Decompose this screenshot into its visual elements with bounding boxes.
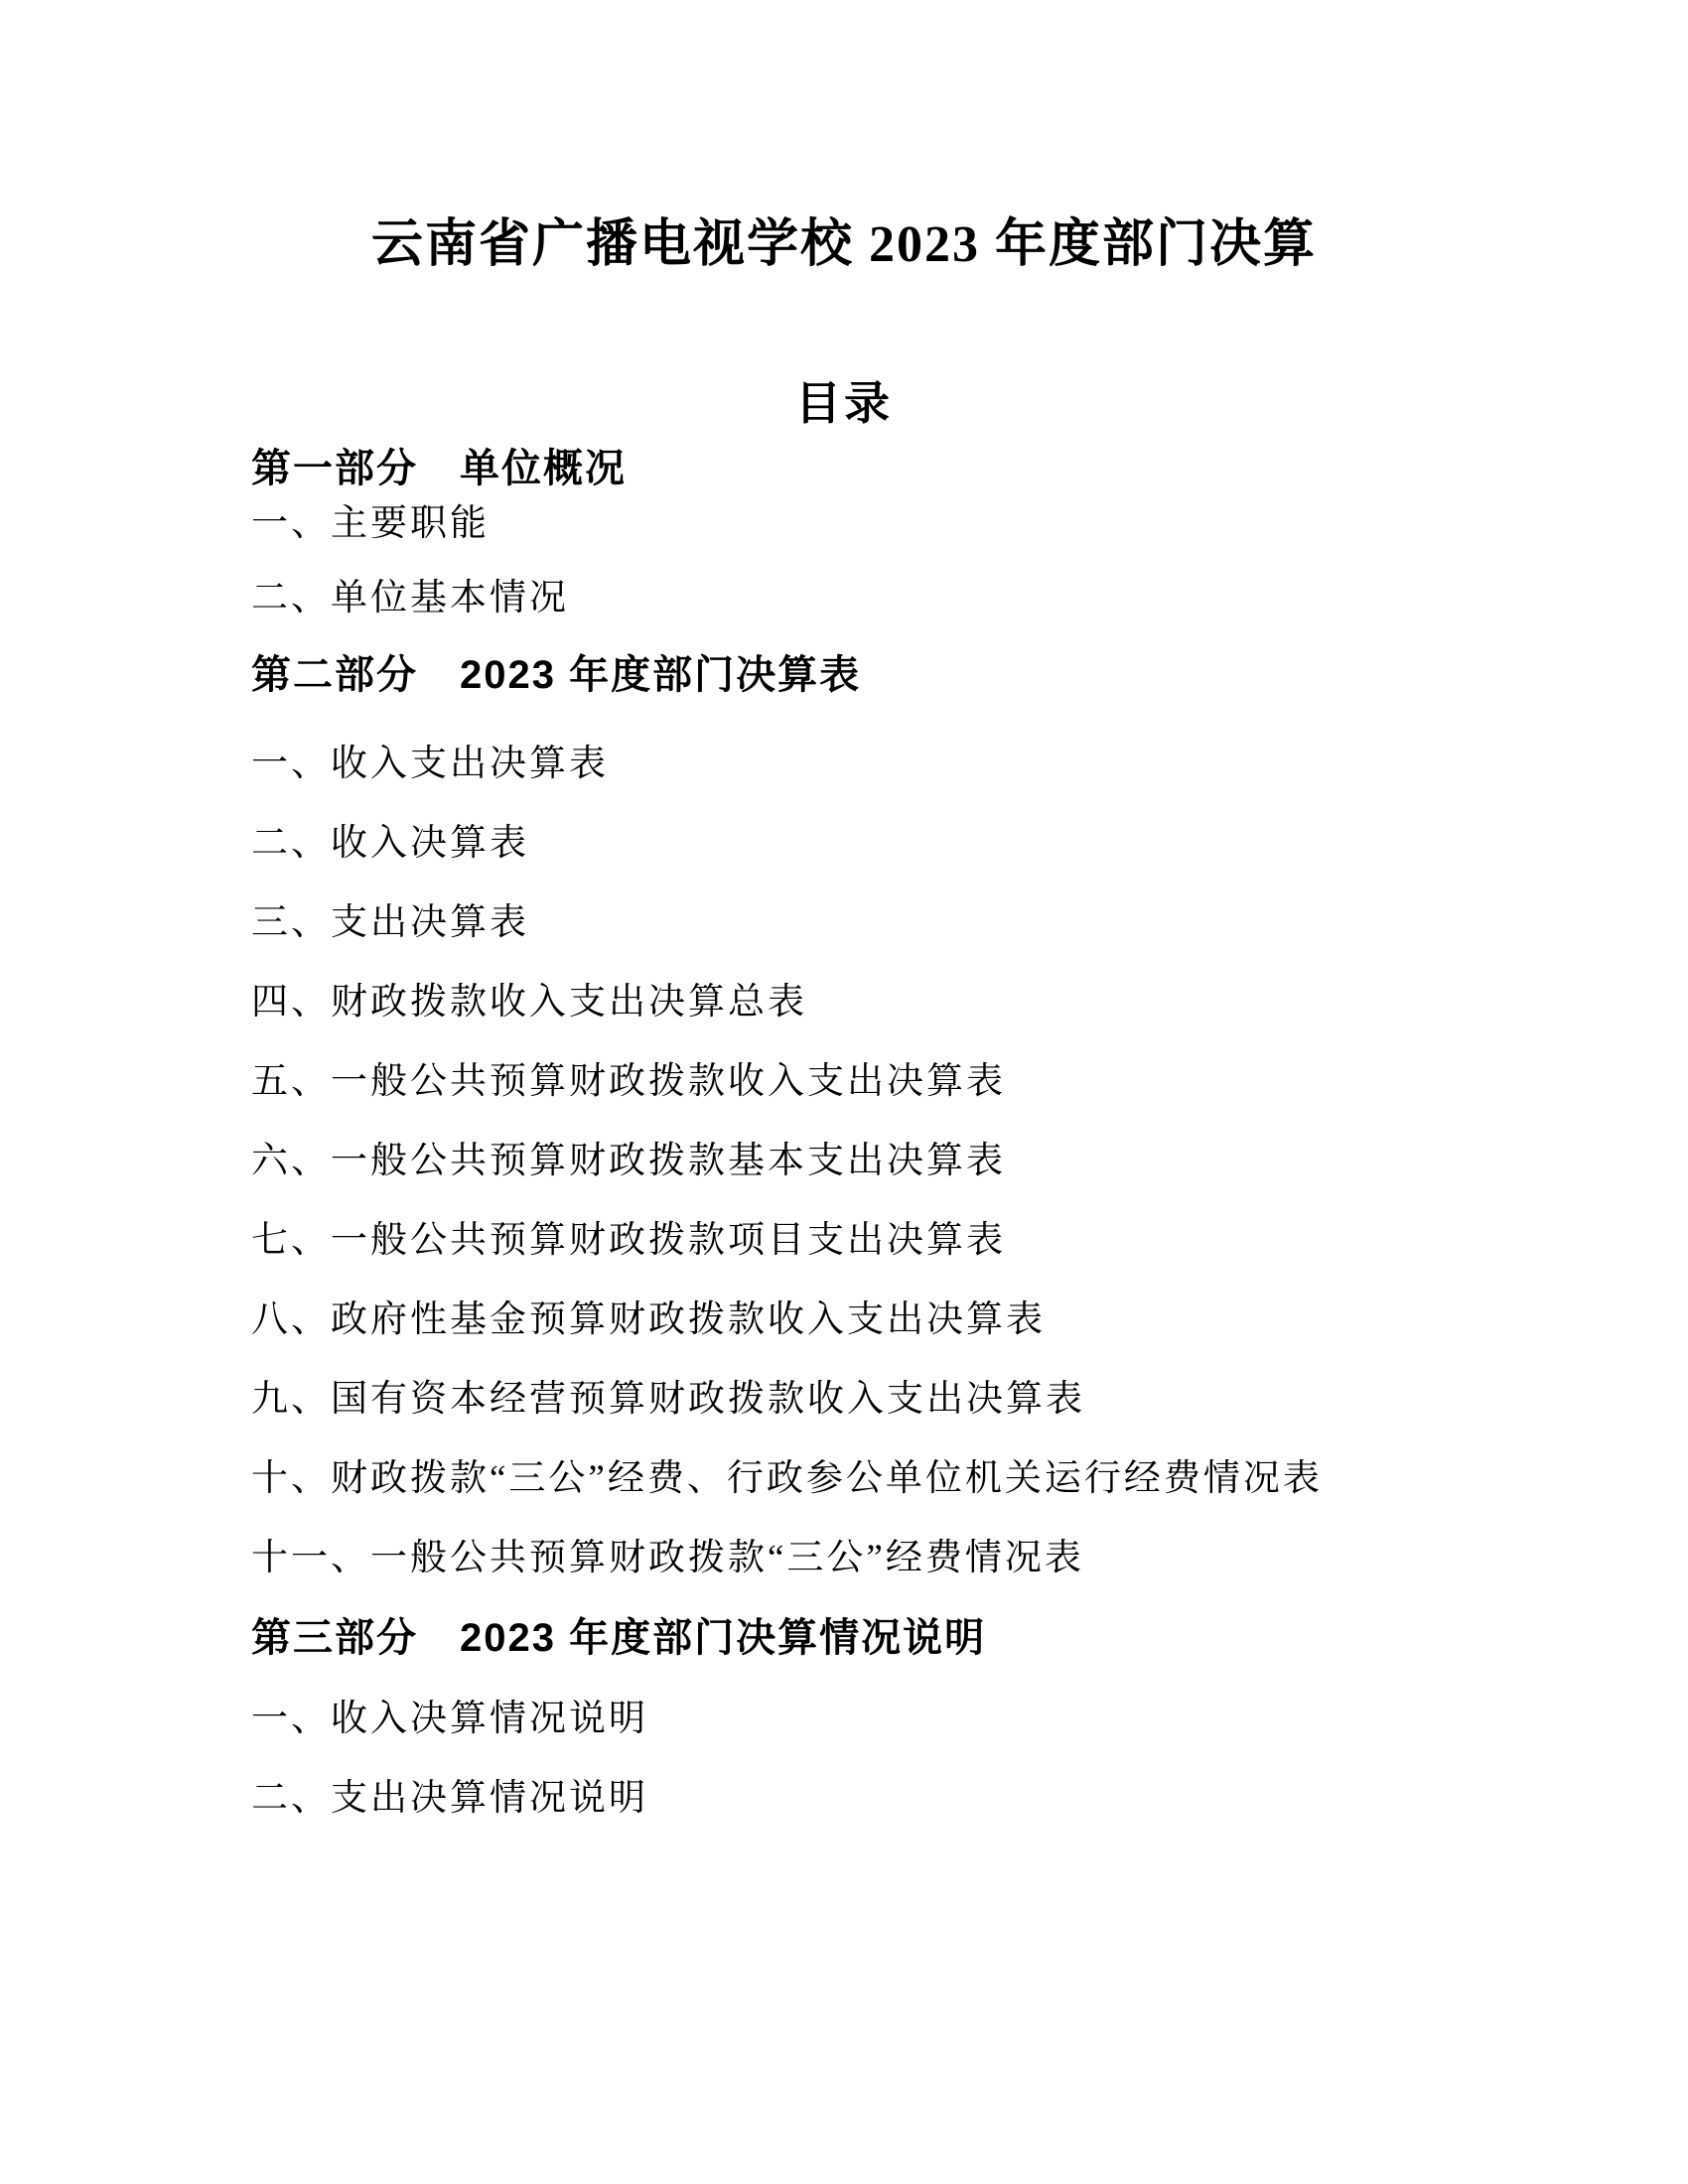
toc-entry: 七、一般公共预算财政拨款项目支出决算表: [251, 1222, 1006, 1259]
toc-entry: 一、收入决算情况说明: [251, 1701, 648, 1737]
toc-entry: 九、国有资本经营预算财政拨款收入支出决算表: [251, 1381, 1085, 1418]
table-of-contents: 第一部分 单位概况 一、主要职能 二、单位基本情况 第二部分 2023 年度部门…: [0, 0, 1688, 2184]
toc-entry: 二、收入决算表: [251, 825, 529, 862]
toc-entry: 八、政府性基金预算财政拨款收入支出决算表: [251, 1301, 1046, 1338]
toc-section-heading: 第二部分 2023 年度部门决算表: [251, 655, 861, 695]
toc-entry: 六、一般公共预算财政拨款基本支出决算表: [251, 1143, 1006, 1179]
toc-entry: 四、财政拨款收入支出决算总表: [251, 984, 807, 1021]
toc-entry: 三、支出决算表: [251, 904, 529, 941]
toc-section-heading: 第三部分 2023 年度部门决算情况说明: [251, 1618, 986, 1658]
toc-entry: 二、单位基本情况: [251, 580, 569, 616]
toc-entry: 五、一般公共预算财政拨款收入支出决算表: [251, 1063, 1006, 1100]
toc-entry: 一、收入支出决算表: [251, 746, 609, 782]
toc-entry: 一、主要职能: [251, 505, 490, 542]
toc-entry: 十、财政拨款“三公”经费、行政参公单位机关运行经费情况表: [251, 1460, 1323, 1497]
toc-entry: 二、支出决算情况说明: [251, 1780, 648, 1817]
toc-section-heading: 第一部分 单位概况: [251, 449, 627, 488]
toc-entry: 十一、一般公共预算财政拨款“三公”经费情况表: [251, 1540, 1084, 1576]
document-page: 云南省广播电视学校 2023 年度部门决算 目录 第一部分 单位概况 一、主要职…: [0, 0, 1688, 2184]
